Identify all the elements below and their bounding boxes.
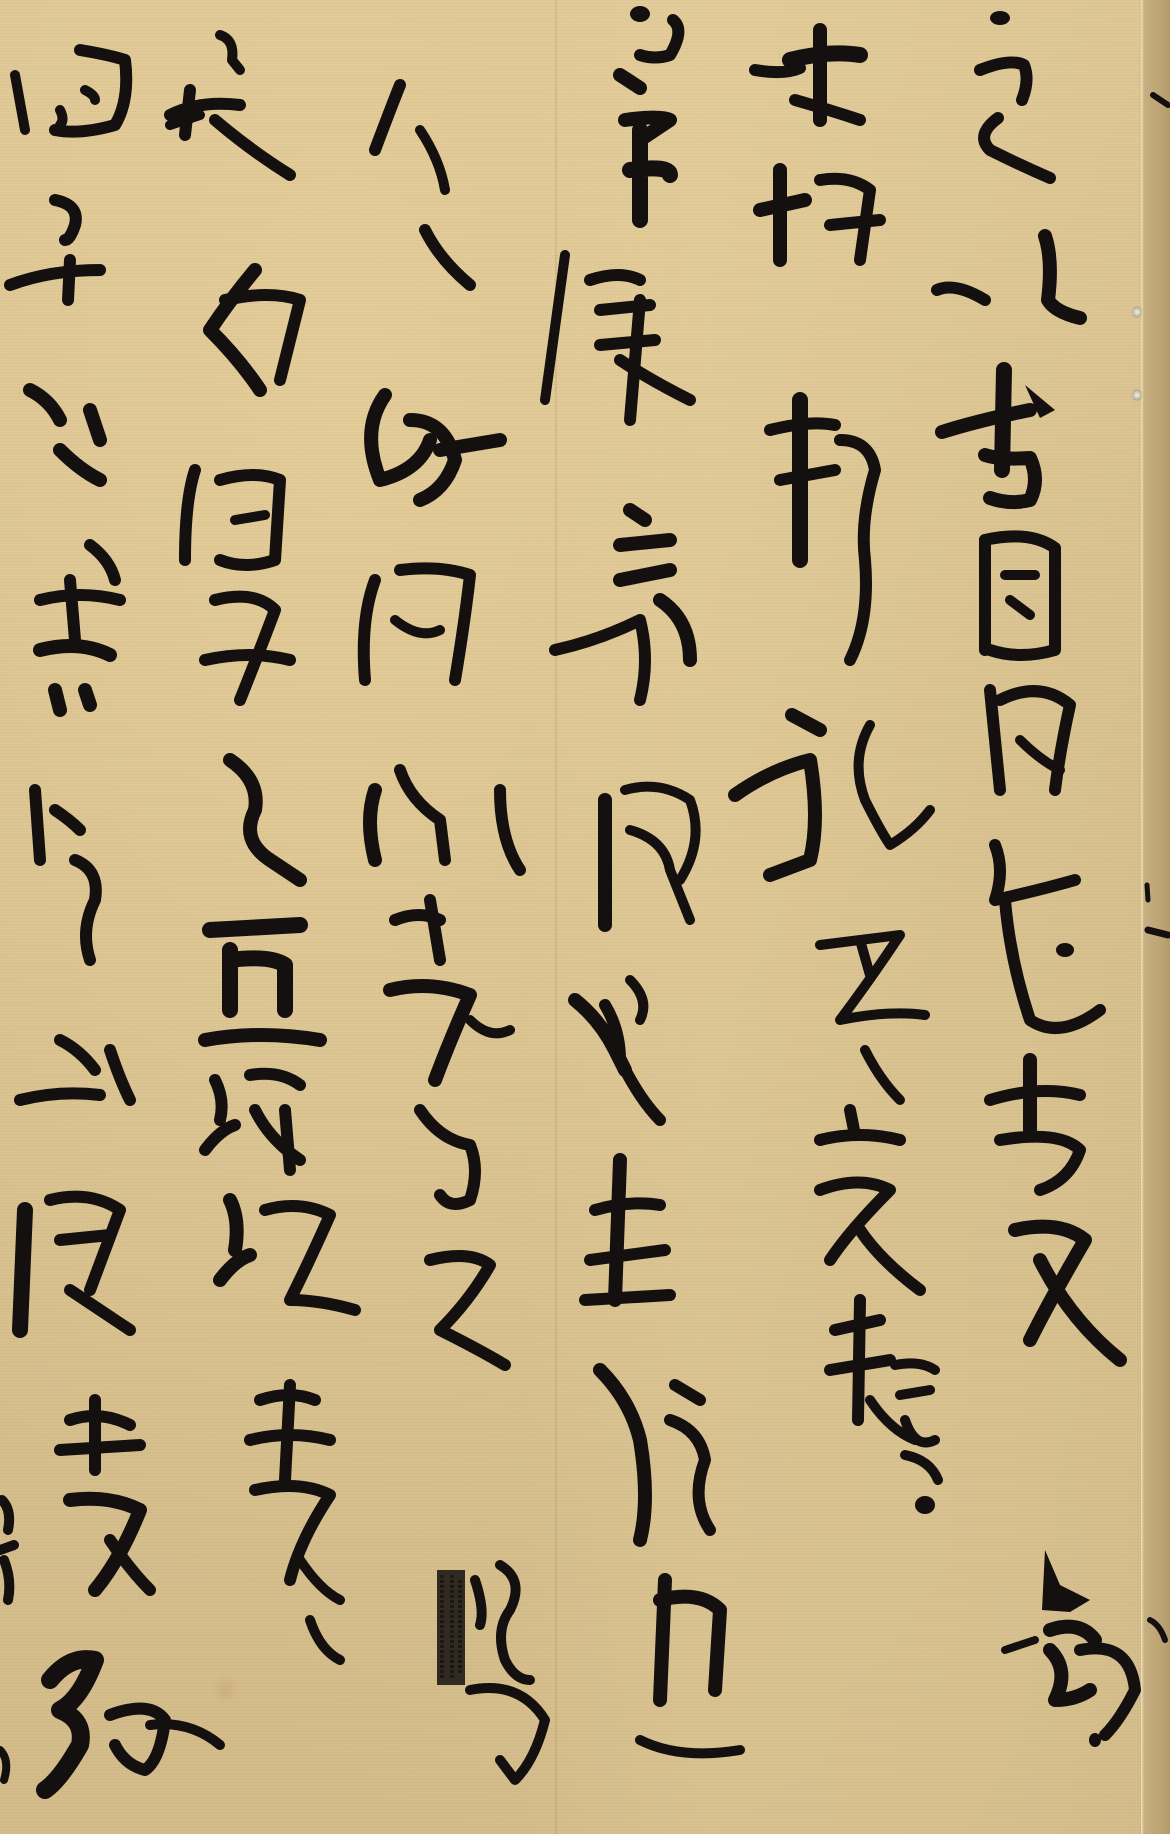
column-8-partial-strokes	[0, 1500, 14, 1780]
edge-strip-marks	[1147, 95, 1168, 1640]
column-5-strokes	[364, 85, 545, 1780]
column-2-strokes	[735, 30, 938, 1514]
ink-strokes-layer	[0, 0, 1170, 1834]
column-7-strokes	[10, 50, 220, 1790]
column-1-strokes	[937, 11, 1135, 1747]
calligraphy-scroll: Cursive calligraphy handscroll section, …	[0, 0, 1170, 1834]
column-3-strokes	[545, 6, 740, 1753]
column-6-strokes	[170, 35, 355, 1660]
